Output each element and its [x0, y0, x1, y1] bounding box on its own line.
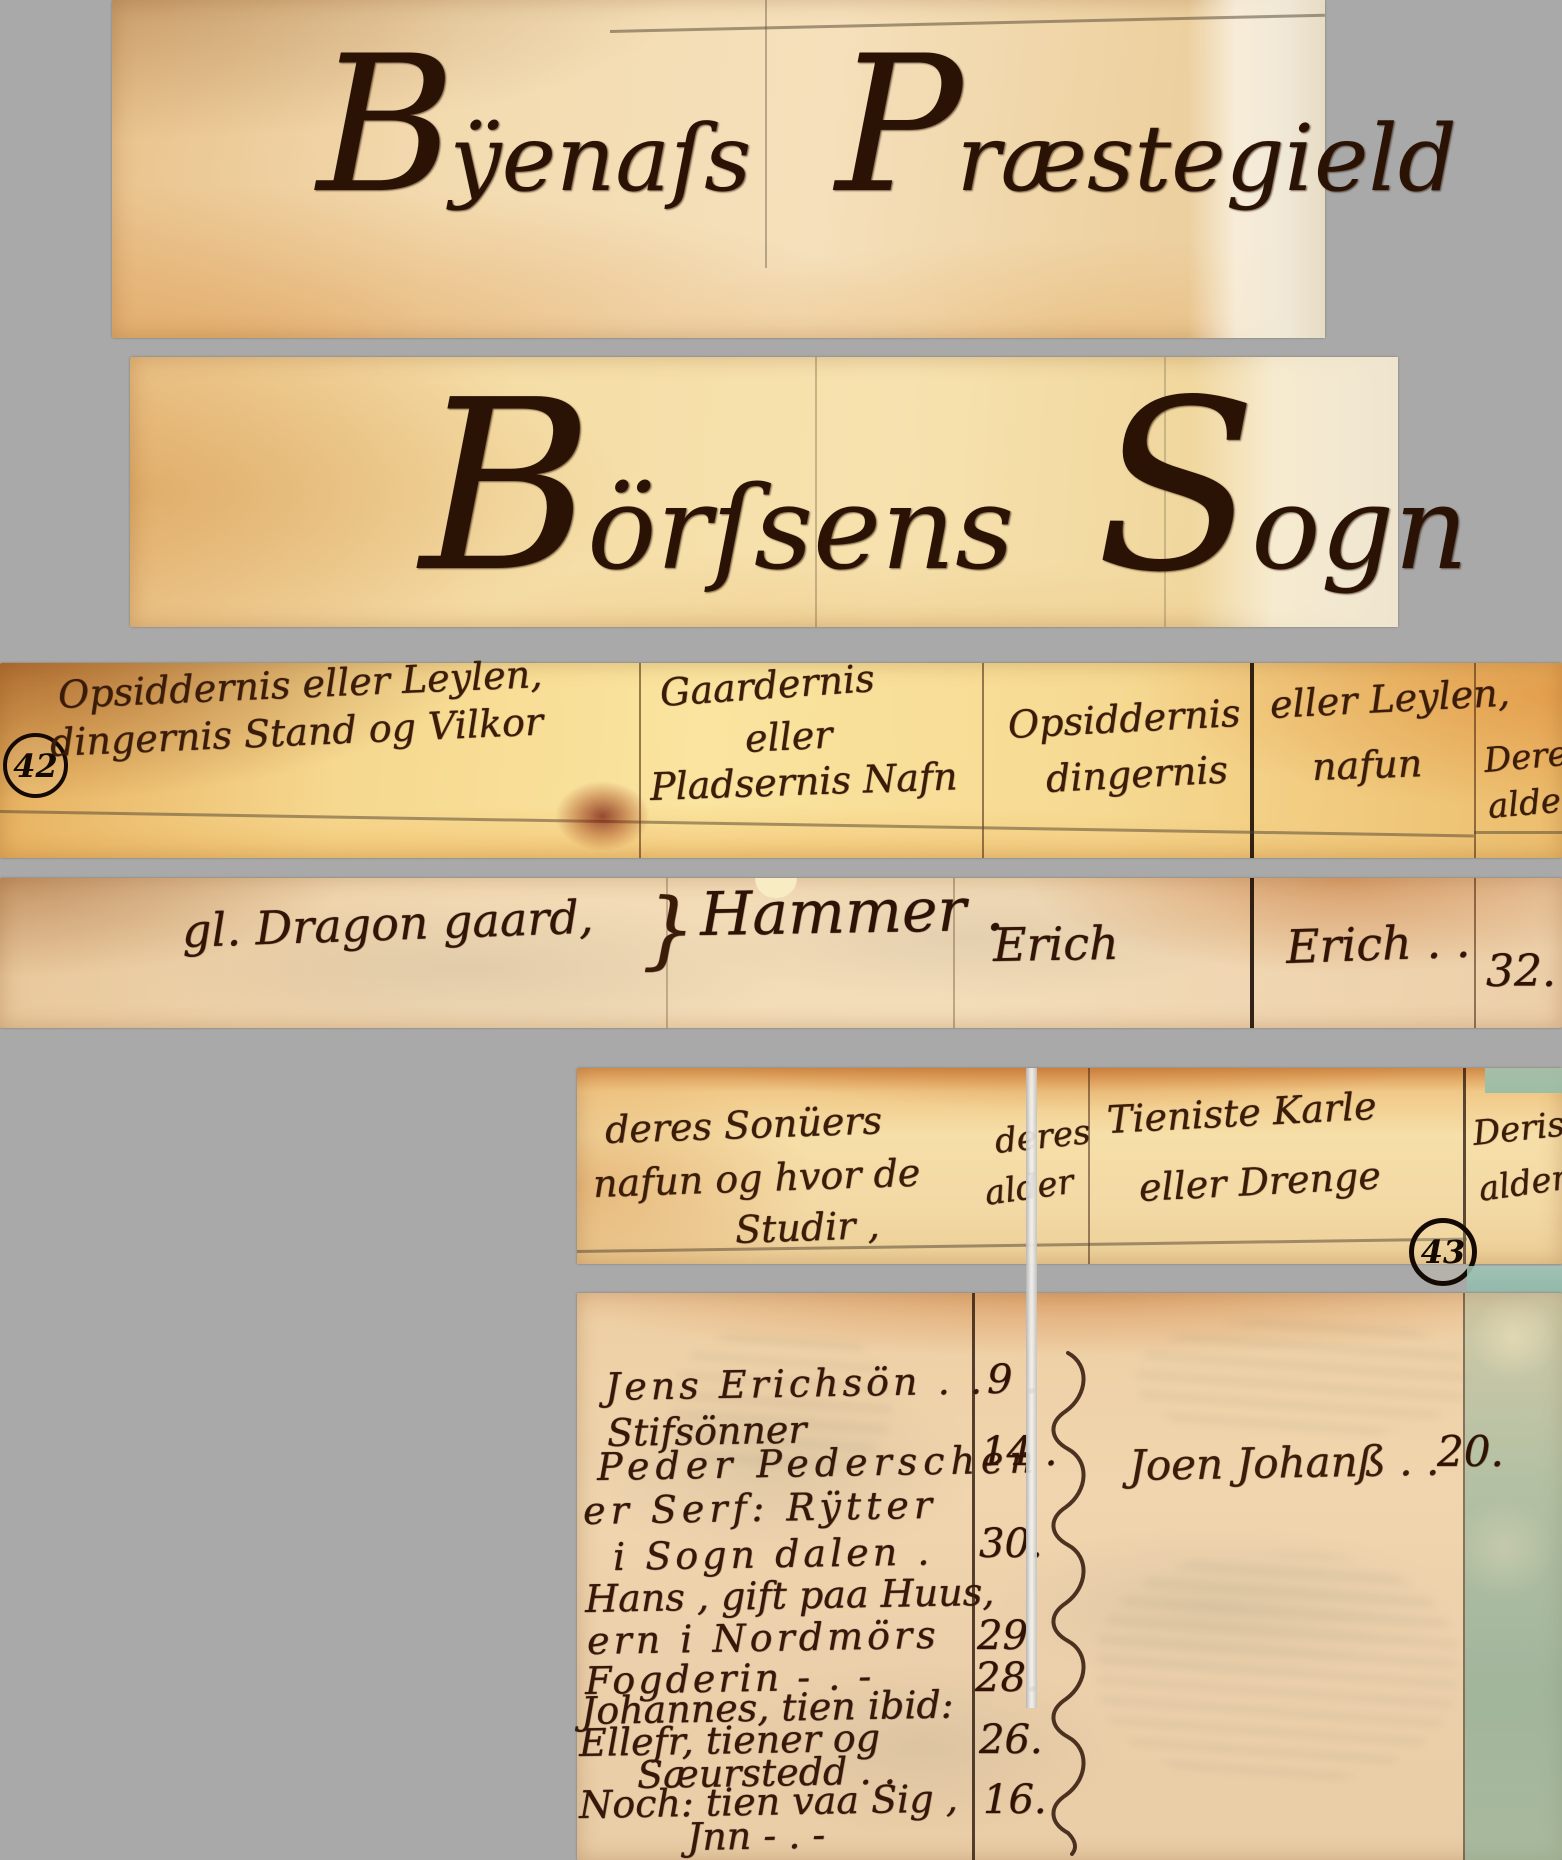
fragment-header-right-page: 43 deres Sonüers nafun og hvor de Studir… — [577, 1068, 1562, 1264]
header-gaard-line3: Pladsernis Nafn — [649, 754, 958, 809]
teal-page-edge-column — [1465, 1293, 1562, 1860]
column-rule — [1474, 878, 1476, 1028]
header-gaard-line1: Gaardernis — [658, 656, 875, 715]
fragment-sogn-title: Börſsens Sogn — [130, 357, 1398, 627]
header-leylen-line2: nafun — [1311, 741, 1423, 789]
header-opsidder-line1: Opsiddernis — [1007, 691, 1242, 747]
sogn-title: Börſsens Sogn — [420, 349, 1468, 624]
gutter-fold-line — [1250, 663, 1254, 858]
ink-bleedthrough — [1137, 1318, 1467, 1438]
row-alder: 32. — [1486, 946, 1556, 997]
record-age: 16. — [983, 1777, 1047, 1823]
header-karle-line1: Tieniste Karle — [1106, 1084, 1378, 1142]
row-leylending: Erich . . — [1285, 914, 1471, 974]
record-line: Jnn - . - — [687, 1813, 826, 1859]
row-stand: gl. Dragon gaard, — [181, 890, 594, 958]
gutter-fold-line — [1250, 878, 1254, 1028]
page-title: Bÿenaſs Præstegield — [317, 16, 1457, 235]
record-line: er Serf: Rÿtter — [583, 1483, 938, 1533]
header-alder-line1: Deres — [1482, 732, 1562, 781]
header-sonner-line2: nafun og hvor de — [592, 1151, 921, 1206]
title-word: Sogn — [1096, 349, 1468, 624]
record-age: 29 — [977, 1613, 1028, 1659]
header-alder1-line1: deres — [993, 1112, 1092, 1162]
ink-bleedthrough — [1097, 1553, 1457, 1783]
title-word: Bÿenaſs — [317, 16, 751, 235]
servant-age: 20. — [1437, 1427, 1504, 1476]
teal-edge-patch — [1467, 1266, 1562, 1292]
fragment-header-left-page: 42 Opsiddernis eller Leylen, dingernis S… — [0, 663, 1562, 858]
manuscript-scan-collage: Bÿenaſs Præstegield Börſsens Sogn 42 Ops… — [0, 0, 1562, 1860]
ruled-line — [1474, 831, 1562, 834]
record-age: 26. — [979, 1717, 1043, 1763]
record-line: Jens Erichsön . . — [605, 1358, 986, 1409]
row-brace: } — [642, 880, 695, 978]
title-word: Börſsens — [420, 349, 1014, 624]
header-alder2-line2: alder — [1476, 1158, 1562, 1210]
header-alder2-line1: Deris — [1471, 1104, 1562, 1153]
ink-blot — [555, 781, 650, 851]
record-age: 14 . — [981, 1429, 1057, 1475]
row-opsidder: Erich — [993, 916, 1120, 972]
record-line: Peder Pederschen — [597, 1437, 1041, 1489]
column-rule — [1088, 1068, 1090, 1264]
row-gaard: Hammer . — [699, 875, 1004, 950]
fragment-prestegjeld-title: Bÿenaſs Præstegield — [112, 0, 1325, 338]
header-sonner-line3: Studir , — [734, 1203, 880, 1252]
ruled-line — [577, 1238, 1467, 1253]
header-karle-line2: eller Drenge — [1138, 1153, 1382, 1210]
header-opsidder-line2: dingernis — [1045, 748, 1229, 801]
fragment-records-right-page: Jens Erichsön . . Stifsönner Peder Peder… — [577, 1293, 1562, 1860]
scan-seam — [1026, 1068, 1037, 1708]
teal-edge-patch — [1485, 1068, 1562, 1093]
servant-name: Joen Johanß . . — [1129, 1436, 1440, 1490]
header-gaard-line2: eller — [744, 712, 834, 761]
fragment-record-row-hammer: gl. Dragon gaard, } Hammer . Erich Erich… — [0, 878, 1562, 1028]
header-sonner-line1: deres Sonüers — [604, 1098, 882, 1152]
title-word: Præstegield — [836, 16, 1457, 235]
header-alder-line2: alder — [1486, 779, 1562, 827]
